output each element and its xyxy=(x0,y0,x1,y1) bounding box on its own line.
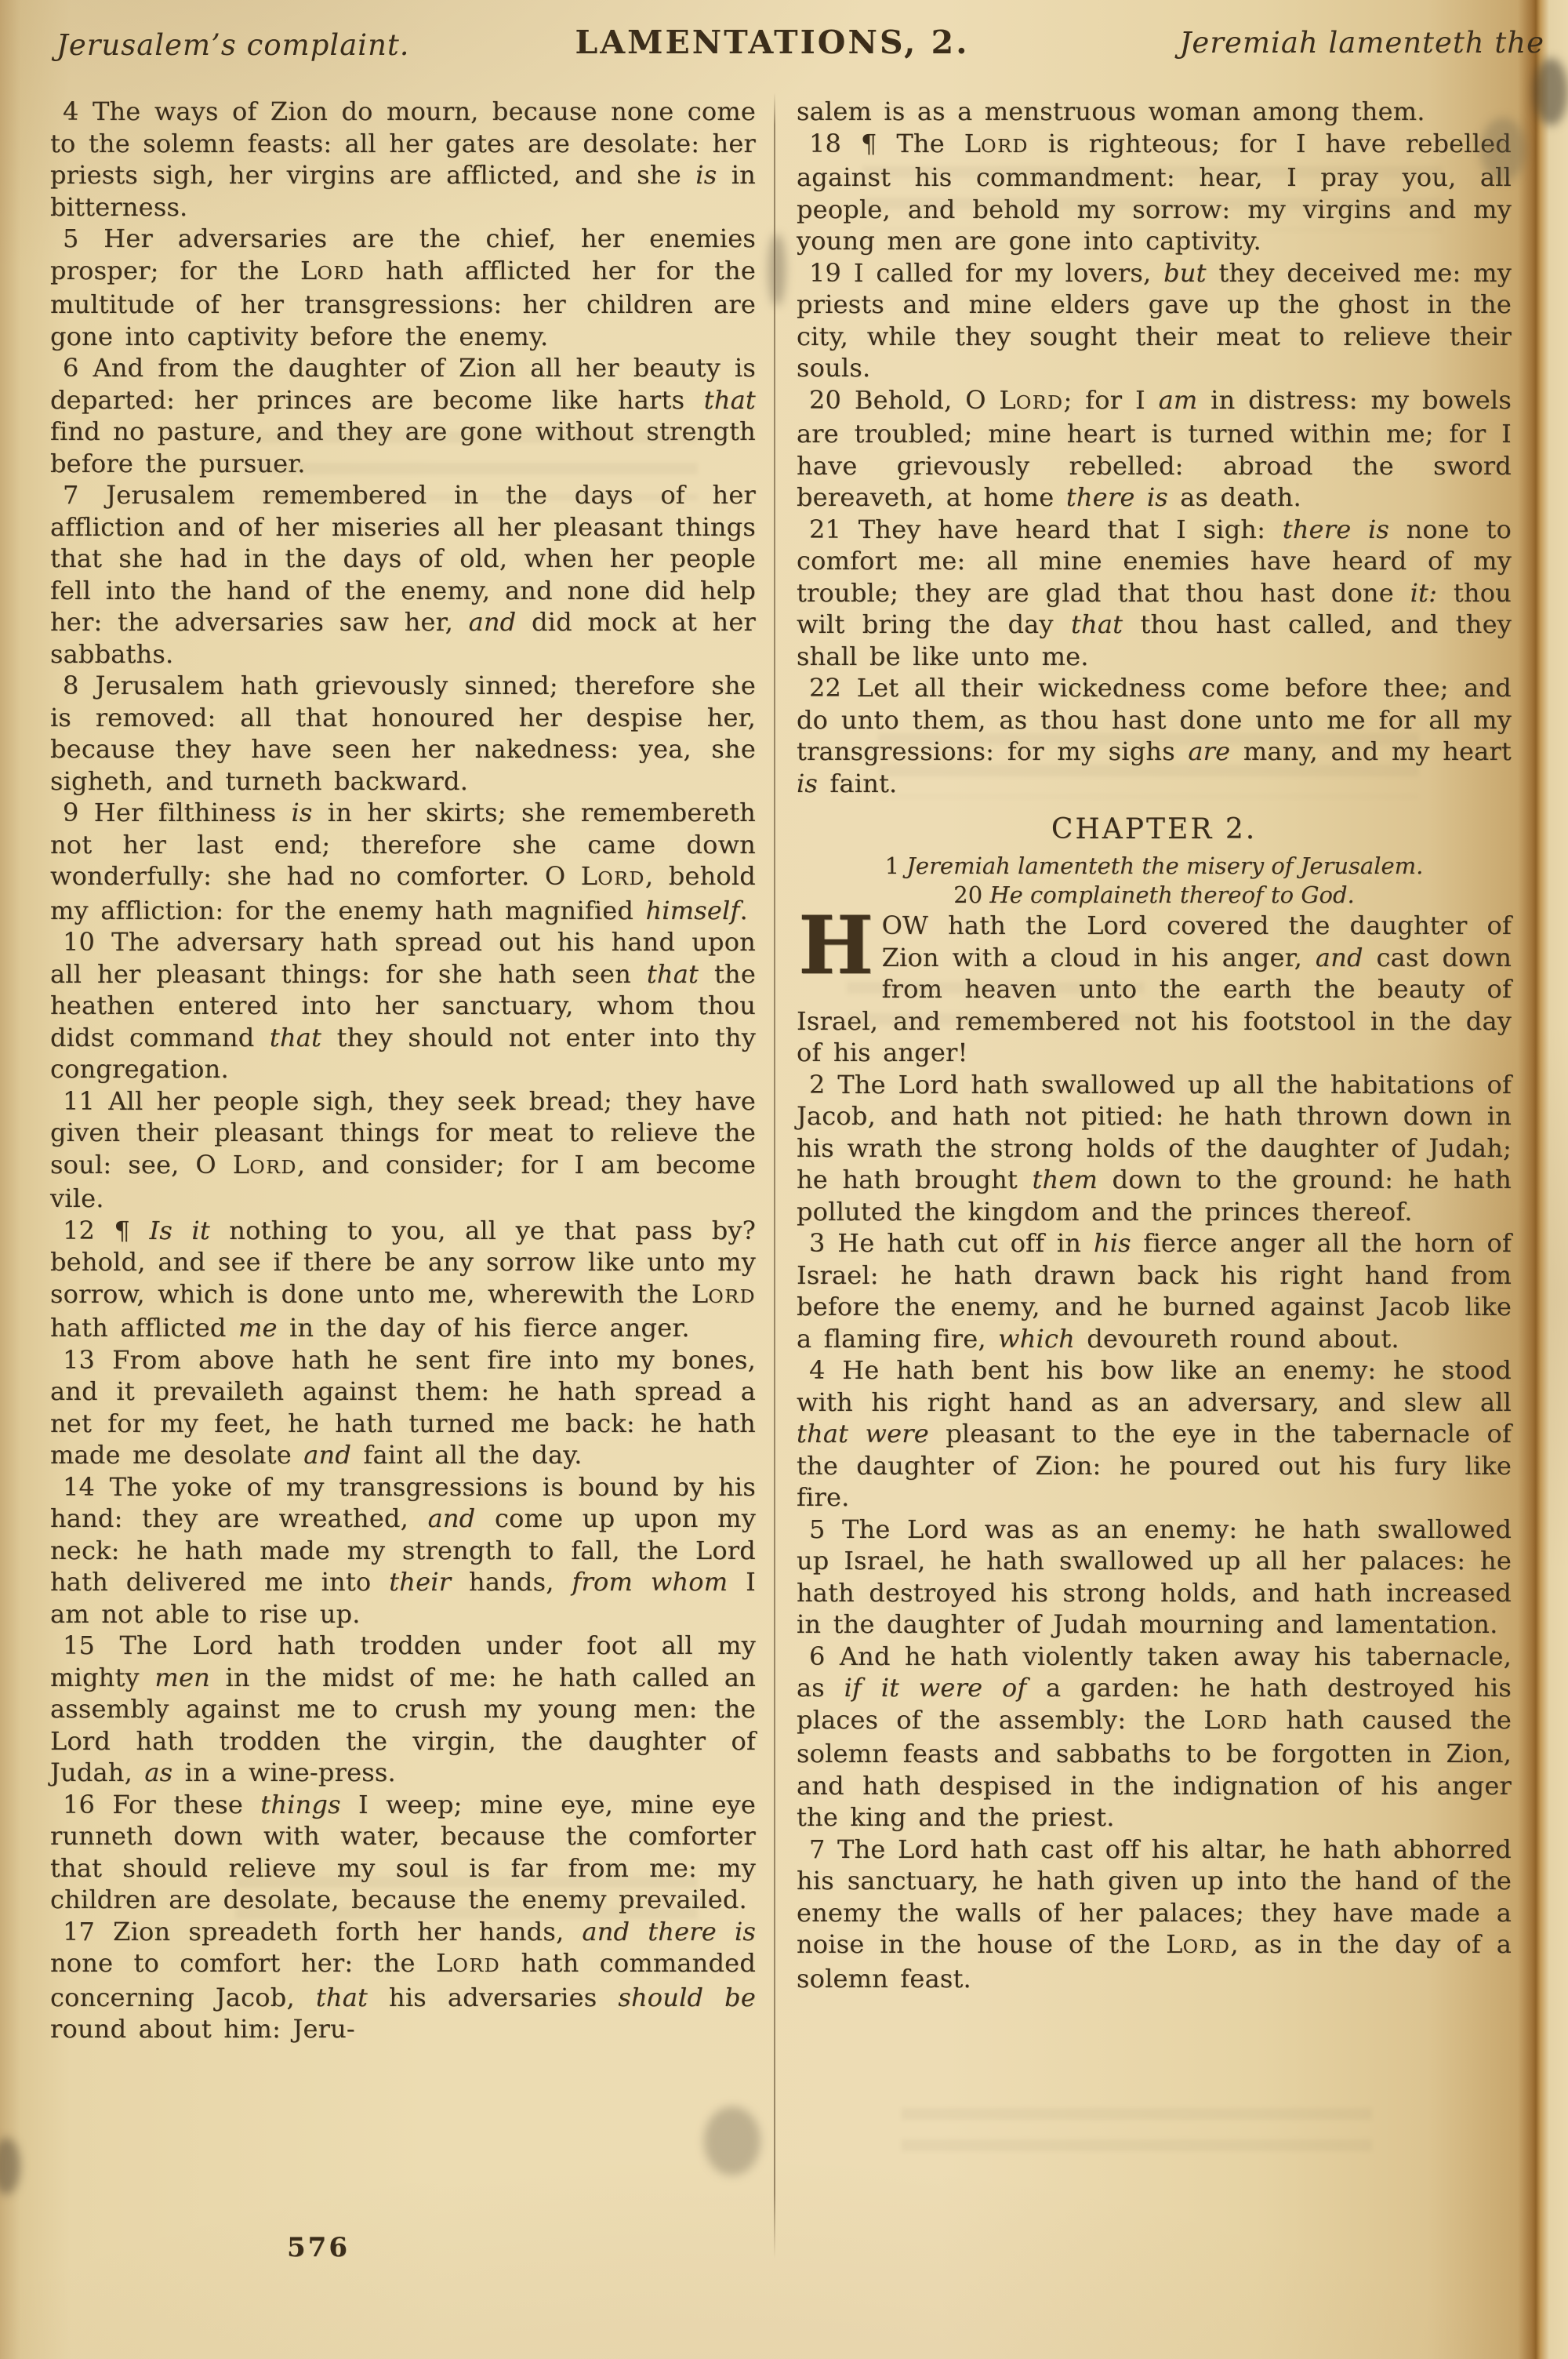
verse-1-19: 19 I called for my lovers, but they dece… xyxy=(797,257,1512,384)
verse-1-4: 4 The ways of Zion do mourn, because non… xyxy=(50,96,756,223)
ink-smudge xyxy=(704,2106,760,2175)
drop-cap: H xyxy=(797,910,882,977)
verse-1-20: 20 Behold, O Lord; for I am in distress:… xyxy=(797,384,1512,514)
verse-1-14: 14 The yoke of my transgressions is boun… xyxy=(50,1471,756,1630)
verse-1-17: 17 Zion spreadeth forth her hands, and t… xyxy=(50,1916,756,2045)
verse-1-11: 11 All her people sigh, they seek bread;… xyxy=(50,1085,756,1215)
verse-1-21: 21 They have heard that I sigh: there is… xyxy=(797,514,1512,673)
verse-1-12: 12 ¶ Is it nothing to you, all ye that p… xyxy=(50,1215,756,1344)
verse-1-9: 9 Her filthiness is in her skirts; she r… xyxy=(50,797,756,926)
verse-1-10: 10 The adversary hath spread out his han… xyxy=(50,926,756,1085)
column-divider-rule xyxy=(774,93,775,2259)
verse-2-2: 2 The Lord hath swallowed up all the hab… xyxy=(797,1069,1512,1228)
chapter-2-summary-line-2: 20 He complaineth thereof to God. xyxy=(797,881,1512,910)
running-head-title: LAMENTATIONS, 2. xyxy=(575,24,970,61)
verse-1-17-continued: salem is as a menstruous woman among the… xyxy=(797,96,1512,128)
show-through-ghost xyxy=(878,733,1419,798)
chapter-2-summary: 1 Jeremiah lamenteth the misery of Jerus… xyxy=(797,852,1512,910)
chapter-2-summary-line-1: 1 Jeremiah lamenteth the misery of Jerus… xyxy=(797,852,1512,881)
verse-2-3: 3 He hath cut off in his fierce anger al… xyxy=(797,1227,1512,1354)
chapter-2-heading: CHAPTER 2. xyxy=(797,813,1512,845)
verse-1-8: 8 Jerusalem hath grievously sinned; ther… xyxy=(50,670,756,797)
show-through-ghost xyxy=(902,2108,1372,2171)
ink-smudge xyxy=(1534,58,1568,125)
right-column: salem is as a menstruous woman among the… xyxy=(797,96,1512,1994)
running-head-left: Jerusalem’s complaint. xyxy=(56,28,410,62)
ink-smudge xyxy=(1480,118,1526,182)
show-through-ghost xyxy=(862,166,1443,231)
ink-smudge xyxy=(768,234,786,306)
verse-2-4: 4 He hath bent his bow like an enemy: he… xyxy=(797,1354,1512,1514)
ink-smudge xyxy=(0,2138,20,2194)
verse-2-7: 7 The Lord hath cast off his altar, he h… xyxy=(797,1834,1512,1995)
verse-1-13: 13 From above hath he sent fire into my … xyxy=(50,1344,756,1471)
running-head-right: Jeremiah lamenteth the xyxy=(1180,26,1544,60)
verse-2-5: 5 The Lord was as an enemy: he hath swal… xyxy=(797,1514,1512,1641)
show-through-ghost xyxy=(235,1876,698,1932)
verse-2-6: 6 And he hath violently taken away his t… xyxy=(797,1641,1512,1834)
left-column: 4 The ways of Zion do mourn, because non… xyxy=(50,96,756,2045)
show-through-ghost xyxy=(259,431,698,500)
chapter-2-verses: HOW hath the Lord covered the daughter o… xyxy=(797,910,1512,1994)
show-through-ghost xyxy=(847,982,1145,1038)
verse-1-7: 7 Jerusalem remembered in the days of he… xyxy=(50,479,756,670)
page-number: 576 xyxy=(256,2232,381,2263)
verse-1-15: 15 The Lord hath trodden under foot all … xyxy=(50,1630,756,1789)
verse-1-5: 5 Her adversaries are the chief, her ene… xyxy=(50,223,756,352)
